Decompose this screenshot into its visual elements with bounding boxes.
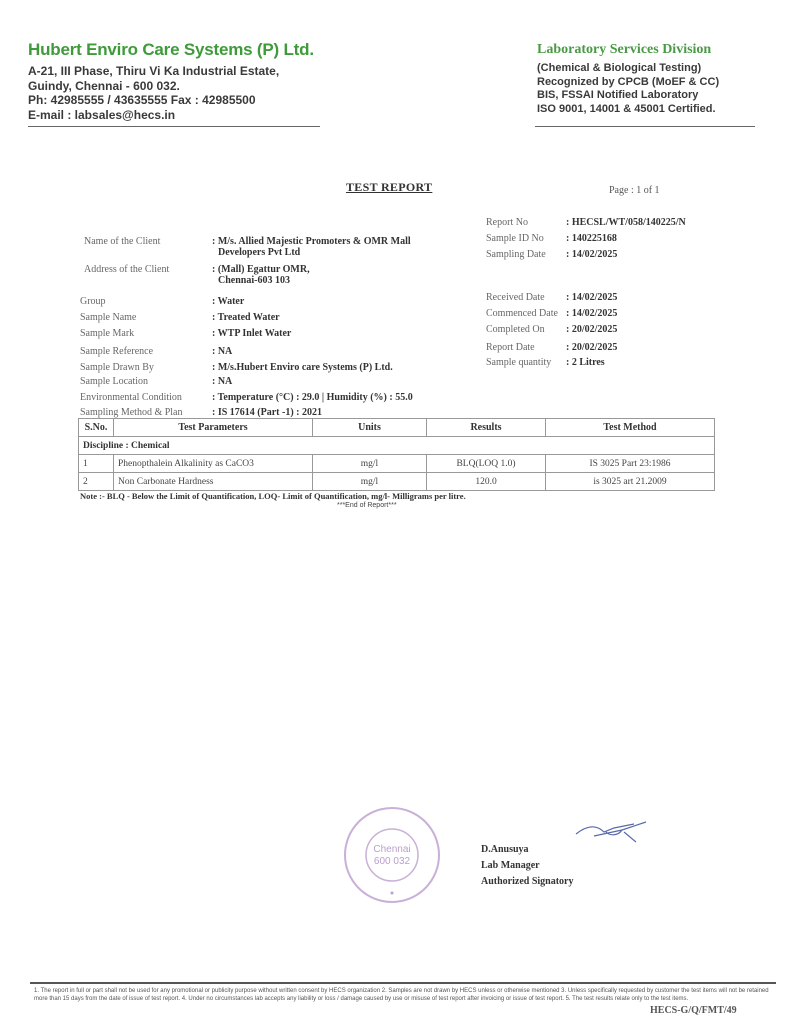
accreditation-line: ISO 9001, 14001 & 45001 Certified. [537,103,719,117]
field-label: Address of the Client [84,264,212,286]
signatory-title: Authorized Signatory [481,874,574,890]
col-results: Results [427,419,546,437]
col-parameter: Test Parameters [114,419,313,437]
table-header-row: S.No. Test Parameters Units Results Test… [79,419,715,437]
meta-row: Commenced Date: 14/02/2025 [486,308,617,319]
client-info-row: Address of the Client: (Mall) Egattur OM… [84,264,310,286]
cell-method: IS 3025 Part 23:1986 [546,455,715,473]
client-info-row: Environmental Condition: Temperature (°C… [80,392,413,403]
note: Note :- BLQ - Below the Limit of Quantif… [80,491,466,501]
phone-line: Ph: 42985555 / 43635555 Fax : 42985500 [28,93,314,108]
field-value: : M/s. Allied Majestic Promoters & OMR M… [212,236,411,258]
signatory-name: D.Anusuya [481,842,574,858]
cell-sno: 2 [79,473,114,491]
meta-row: Sample quantity: 2 Litres [486,357,605,368]
field-label: Group [80,296,212,307]
meta-label: Sample quantity [486,357,566,368]
field-label: Name of the Client [84,236,212,258]
client-info-row: Sample Name: Treated Water [80,312,280,323]
stamp-icon: Chennai 600 032 [342,805,442,905]
client-info-row: Sampling Method & Plan: IS 17614 (Part -… [80,407,322,418]
cell-unit: mg/l [313,455,427,473]
client-info-row: Group: Water [80,296,244,307]
meta-label: Report Date [486,342,566,353]
field-value: : WTP Inlet Water [212,328,291,339]
meta-value: : 20/02/2025 [566,324,617,335]
field-value: : Water [212,296,244,307]
field-value: : M/s.Hubert Enviro care Systems (P) Ltd… [212,362,393,373]
form-code: HECS-G/Q/FMT/49 [650,1005,737,1016]
address-line: A-21, III Phase, Thiru Vi Ka Industrial … [28,64,314,79]
meta-row: Completed On: 20/02/2025 [486,324,617,335]
address-line: Guindy, Chennai - 600 032. [28,79,314,94]
field-label: Sample Location [80,376,212,387]
col-units: Units [313,419,427,437]
discipline-label: Discipline : Chemical [79,437,715,455]
col-method: Test Method [546,419,715,437]
field-value: : Temperature (°C) : 29.0 | Humidity (%)… [212,392,413,403]
client-info-row: Sample Drawn By: M/s.Hubert Enviro care … [80,362,393,373]
meta-label: Commenced Date [486,308,566,319]
field-value: : Treated Water [212,312,280,323]
field-label: Sampling Method & Plan [80,407,212,418]
table-row: 1Phenopthalein Alkalinity as CaCO3mg/lBL… [79,455,715,473]
client-info-row: Name of the Client: M/s. Allied Majestic… [84,236,411,258]
cell-parameter: Phenopthalein Alkalinity as CaCO3 [114,455,313,473]
company-name: Hubert Enviro Care Systems (P) Ltd. [28,40,314,60]
meta-value: : 14/02/2025 [566,308,617,319]
signatory-role: Lab Manager [481,858,574,874]
field-label: Sample Mark [80,328,212,339]
meta-row: Sample ID No: 140225168 [486,233,617,244]
client-info-row: Sample Mark: WTP Inlet Water [80,328,291,339]
signatory-block: D.Anusuya Lab Manager Authorized Signato… [481,842,574,890]
company-address: A-21, III Phase, Thiru Vi Ka Industrial … [28,64,314,122]
accreditation-line: (Chemical & Biological Testing) [537,62,719,76]
company-stamp: Chennai 600 032 [342,805,442,905]
page-number: Page : 1 of 1 [609,185,660,196]
field-label: Environmental Condition [80,392,212,403]
division-name: Laboratory Services Division [537,42,719,58]
table-row: 2Non Carbonate Hardnessmg/l120.0is 3025 … [79,473,715,491]
client-info-row: Sample Reference: NA [80,346,232,357]
meta-label: Report No [486,217,566,228]
discipline-row: Discipline : Chemical [79,437,715,455]
client-info-row: Sample Location: NA [80,376,232,387]
meta-row: Report Date: 20/02/2025 [486,342,617,353]
meta-label: Sampling Date [486,249,566,260]
field-label: Sample Drawn By [80,362,212,373]
cell-sno: 1 [79,455,114,473]
end-of-report: ***End of Report*** [337,502,397,509]
meta-row: Report No: HECSL/WT/058/140225/N [486,217,686,228]
field-label: Sample Name [80,312,212,323]
meta-label: Sample ID No [486,233,566,244]
meta-value: : 140225168 [566,233,617,244]
stamp-line2: 600 032 [374,856,411,867]
cell-method: is 3025 art 21.2009 [546,473,715,491]
lab-letterhead-left: Hubert Enviro Care Systems (P) Ltd. A-21… [28,40,314,122]
meta-value: : HECSL/WT/058/140225/N [566,217,686,228]
meta-value: : 14/02/2025 [566,292,617,303]
meta-row: Received Date: 14/02/2025 [486,292,617,303]
field-value: : NA [212,346,232,357]
cell-result: 120.0 [427,473,546,491]
field-label: Sample Reference [80,346,212,357]
signature-icon [574,818,650,848]
footer-terms: 1. The report in full or part shall not … [34,987,776,1003]
accreditation-line: Recognized by CPCB (MoEF & CC) [537,76,719,90]
cell-parameter: Non Carbonate Hardness [114,473,313,491]
cell-result: BLQ(LOQ 1.0) [427,455,546,473]
meta-value: : 2 Litres [566,357,605,368]
stamp-line1: Chennai [373,844,410,855]
col-sno: S.No. [79,419,114,437]
meta-value: : 14/02/2025 [566,249,617,260]
meta-label: Completed On [486,324,566,335]
accreditation-line: BIS, FSSAI Notified Laboratory [537,89,719,103]
header-divider [28,126,320,127]
field-value: : IS 17614 (Part -1) : 2021 [212,407,322,418]
signature [574,818,650,848]
meta-row: Sampling Date: 14/02/2025 [486,249,617,260]
results-table: S.No. Test Parameters Units Results Test… [78,418,715,491]
email-line: E-mail : labsales@hecs.in [28,108,314,123]
report-title: TEST REPORT [346,180,432,195]
accreditation: (Chemical & Biological Testing) Recogniz… [537,62,719,116]
header-divider [535,126,755,127]
cell-unit: mg/l [313,473,427,491]
meta-label: Received Date [486,292,566,303]
lab-letterhead-right: Laboratory Services Division (Chemical &… [537,42,719,116]
field-value: : NA [212,376,232,387]
footer-divider [30,982,776,984]
meta-value: : 20/02/2025 [566,342,617,353]
field-value: : (Mall) Egattur OMR,Chennai-603 103 [212,264,310,286]
